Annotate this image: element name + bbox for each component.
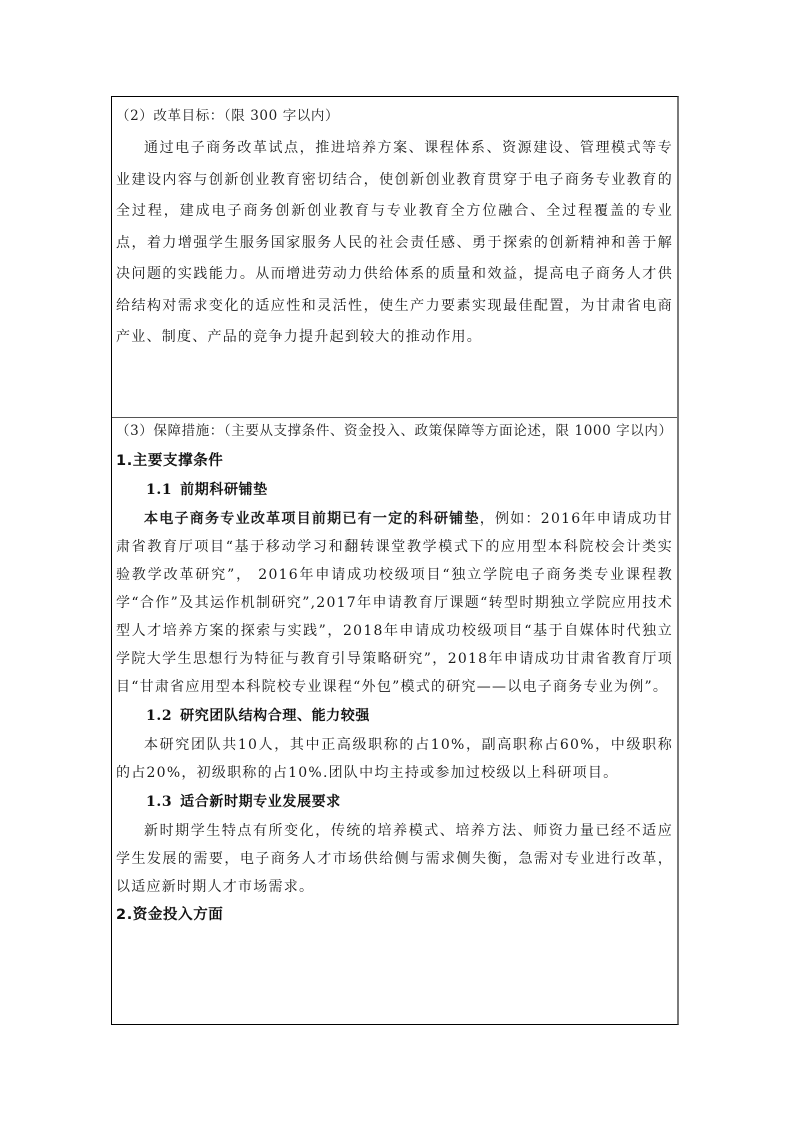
new-era-paragraph: 新时期学生特点有所变化，传统的培养模式、培养方法、师资力量已经不适应学生发展的需… bbox=[116, 817, 673, 901]
application-form-table: （2）改革目标：（限 300 字以内） 通过电子商务改革试点，推进培养方案、课程… bbox=[111, 96, 679, 1025]
safeguard-measures-prompt: （3）保障措施：（主要从支撑条件、资金投入、政策保障等方面论述，限 1000 字… bbox=[116, 418, 673, 441]
reform-goal-paragraph: 通过电子商务改革试点，推进培养方案、课程体系、资源建设、管理模式等专业建设内容与… bbox=[116, 133, 673, 354]
safeguard-measures-cell: （3）保障措施：（主要从支撑条件、资金投入、政策保障等方面论述，限 1000 字… bbox=[112, 418, 677, 1024]
heading-main-support-conditions: 1.主要支撑条件 bbox=[116, 447, 673, 475]
subheading-number: 1.1 bbox=[146, 482, 172, 498]
subheading-number: 1.2 bbox=[146, 708, 172, 724]
subheading-research-team: 1.2研究团队结构合理、能力较强 bbox=[116, 701, 673, 731]
subheading-title: 研究团队结构合理、能力较强 bbox=[180, 708, 370, 724]
subheading-title: 适合新时期专业发展要求 bbox=[180, 794, 341, 810]
reform-goal-prompt: （2）改革目标：（限 300 字以内） bbox=[116, 97, 673, 126]
prior-research-lead: 本电子商务专业改革项目前期已有一定的科研铺垫 bbox=[144, 511, 480, 527]
prior-research-body: ，例如：2016年申请成功甘肃省教育厅项目“基于移动学习和翻转课堂教学模式下的应… bbox=[116, 511, 673, 695]
research-team-paragraph: 本研究团队共10人，其中正高级职称的占10%，副高职称占60%，中级职称的占20… bbox=[116, 731, 673, 787]
heading-funding-investment: 2.资金投入方面 bbox=[116, 901, 673, 929]
subheading-number: 1.3 bbox=[146, 794, 172, 810]
subheading-prior-research: 1.1前期科研铺垫 bbox=[116, 475, 673, 505]
subheading-new-era-requirements: 1.3适合新时期专业发展要求 bbox=[116, 787, 673, 817]
subheading-title: 前期科研铺垫 bbox=[180, 482, 268, 498]
prior-research-paragraph: 本电子商务专业改革项目前期已有一定的科研铺垫，例如：2016年申请成功甘肃省教育… bbox=[116, 505, 673, 701]
reform-goal-cell: （2）改革目标：（限 300 字以内） 通过电子商务改革试点，推进培养方案、课程… bbox=[112, 97, 677, 418]
